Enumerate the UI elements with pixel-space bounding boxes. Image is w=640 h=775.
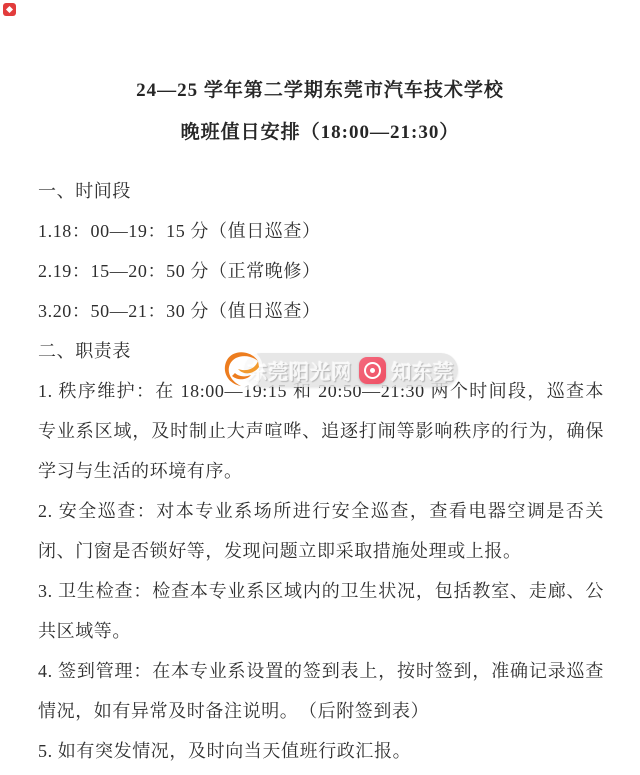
duty-paragraph: 2. 安全巡查：对本专业系场所进行安全巡查，查看电器空调是否关闭、门窗是否锁好等… <box>38 491 604 571</box>
document-header: 24—25 学年第二学期东莞市汽车技术学校 晚班值日安排（18:00—21:30… <box>0 0 640 148</box>
section-heading-time: 一、时间段 <box>38 171 604 211</box>
watermark: 东莞阳光网 知东莞 <box>218 346 458 394</box>
document-title-line1: 24—25 学年第二学期东莞市汽车技术学校 <box>0 0 640 106</box>
watermark-pill: 东莞阳光网 知东莞 <box>244 353 458 387</box>
document-title-line2: 晚班值日安排（18:00—21:30） <box>0 118 640 148</box>
corner-badge-glyph <box>6 6 13 13</box>
document-body: 一、时间段 1.18：00—19：15 分（值日巡查） 2.19：15—20：5… <box>0 148 640 771</box>
eye-icon-pupil <box>370 368 375 373</box>
duty-paragraph: 3. 卫生检查：检查本专业系区域内的卫生状况，包括教室、走廊、公共区域等。 <box>38 571 604 651</box>
eye-icon-ring <box>364 362 381 379</box>
document-page: 24—25 学年第二学期东莞市汽车技术学校 晚班值日安排（18:00—21:30… <box>0 0 640 775</box>
duty-paragraph: 4. 签到管理：在本专业系设置的签到表上，按时签到，准确记录巡查情况，如有异常及… <box>38 651 604 731</box>
time-item: 3.20：50—21：30 分（值日巡查） <box>38 291 604 331</box>
duty-paragraph: 5. 如有突发情况，及时向当天值班行政汇报。 <box>38 731 604 771</box>
time-item: 2.19：15—20：50 分（正常晚修） <box>38 251 604 291</box>
news-logo-icon <box>218 346 264 392</box>
time-item: 1.18：00—19：15 分（值日巡查） <box>38 211 604 251</box>
corner-badge-icon <box>3 3 16 16</box>
eye-icon <box>359 357 386 384</box>
watermark-right-text: 知东莞 <box>392 356 455 385</box>
